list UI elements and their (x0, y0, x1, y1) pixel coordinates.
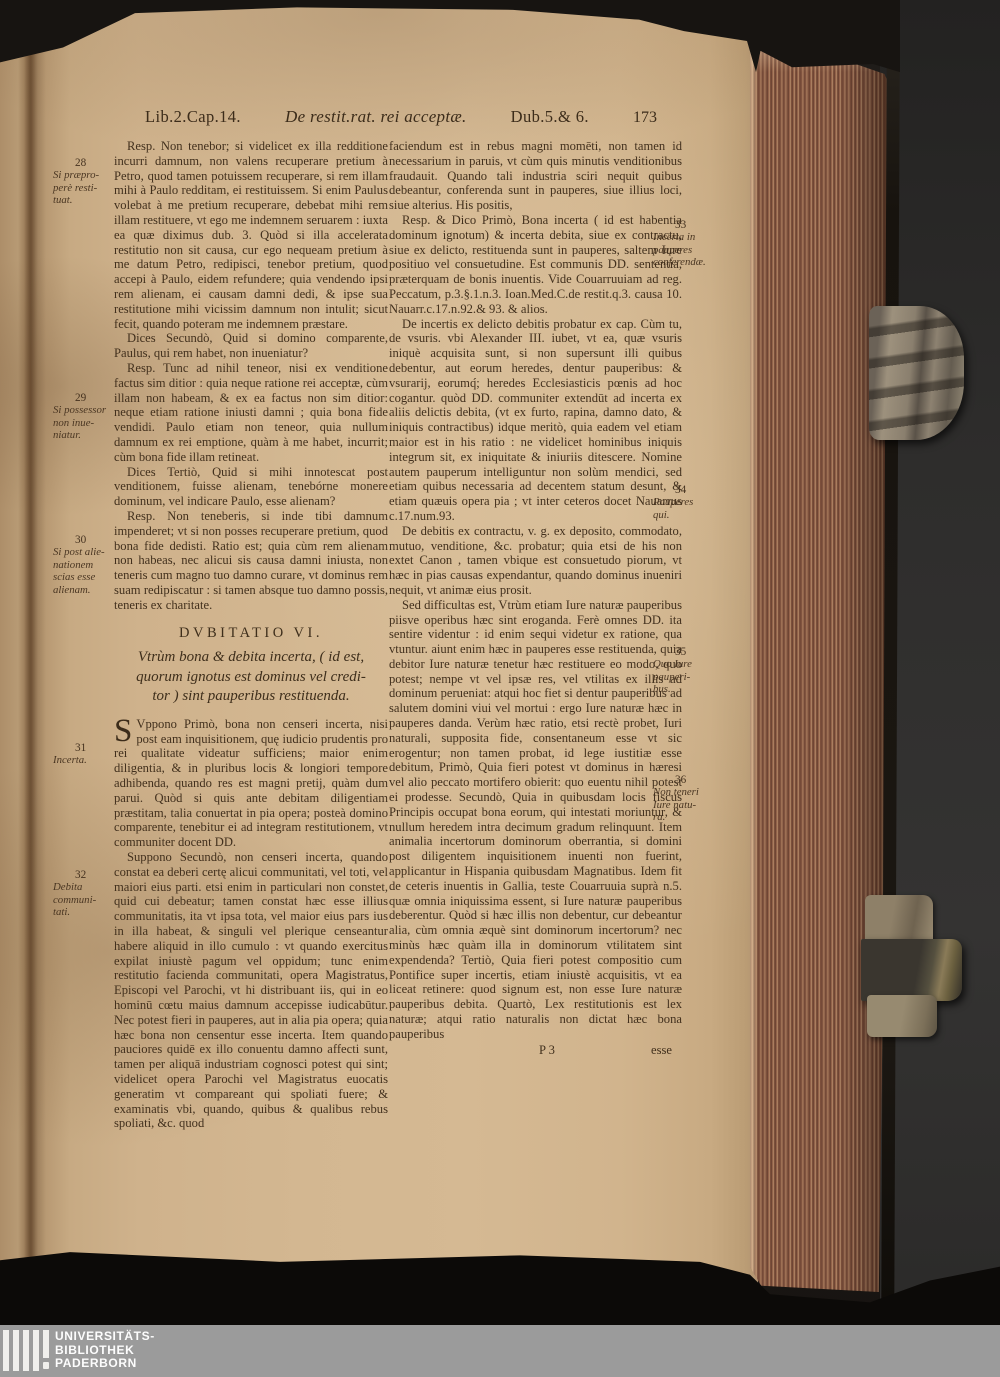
page-gutter-shadow (24, 0, 50, 1286)
book-page: Lib.2.Cap.14. De restit.rat. rei acceptæ… (0, 0, 758, 1286)
logo-bar (33, 1330, 39, 1371)
margin-note-label: Debita communi- tati. (53, 881, 96, 918)
text-column-left: Resp. Non tenebor; si videlicet ex illa … (114, 139, 388, 1131)
margin-note-label: Si præpro- perè resti- tuat. (53, 169, 99, 206)
book-clasp (861, 895, 962, 1037)
bookmark-tab (869, 306, 964, 440)
header-dubitatio: Dub.5.& 6. (511, 107, 589, 127)
margin-note: 30Si post alie- nationem scias esse alie… (53, 521, 111, 597)
paragraph: Dices Tertiò, Quid si mihi innotescat po… (114, 465, 388, 509)
paragraph: SVppono Primò, bona non censeri incerta,… (114, 717, 388, 850)
margin-note: 29Si possessor non inue- niatur. (53, 379, 111, 442)
library-name-line: UNIVERSITÄTS- (55, 1330, 155, 1344)
book-fore-edge (750, 44, 890, 1292)
paragraph: Resp. Non teneberis, si inde tibi damnum… (114, 509, 388, 613)
paragraph: De incertis ex delicto debitis probatur … (389, 317, 682, 524)
paragraph: Sed difficultas est, Vtrùm etiam Iure na… (389, 598, 682, 1042)
header-title: De restit.rat. rei acceptæ. (285, 107, 467, 127)
library-name-line: BIBLIOTHEK (55, 1344, 155, 1358)
paragraph: Resp. & Dico Primò, Bona incerta ( id es… (389, 213, 682, 317)
margin-note: 32Debita communi- tati. (53, 856, 111, 919)
margin-note-number: 30 (53, 534, 111, 547)
paragraph: De debitis ex contractu, v. g. ex deposi… (389, 524, 682, 598)
paragraph-text: Vppono Primò, bona non censeri incerta, … (114, 717, 388, 849)
signature-line: P 3 esse (389, 1042, 682, 1058)
logo-exclamation-bar (43, 1330, 49, 1369)
margin-note-number: 31 (53, 742, 111, 755)
running-header: Lib.2.Cap.14. De restit.rat. rei acceptæ… (145, 107, 657, 127)
drop-cap: S (114, 717, 136, 745)
header-book-chapter: Lib.2.Cap.14. (145, 107, 241, 127)
catchword: esse (651, 1043, 672, 1058)
page-number: 173 (633, 109, 657, 127)
paragraph: Suppono Secundò, non censeri incerta, qu… (114, 850, 388, 1131)
clasp-metal (861, 939, 962, 1001)
margin-note-label: Incerta. (53, 754, 87, 766)
margin-note: 28Si præpro- perè resti- tuat. (53, 144, 111, 207)
text-column-right: faciendum est in rebus magni momēti, non… (389, 139, 682, 1057)
margin-note-number: 29 (53, 392, 111, 405)
paragraph: Dices Secundò, Quid si domino comparente… (114, 331, 388, 361)
logo-bar (13, 1330, 19, 1371)
library-banner: UNIVERSITÄTS- BIBLIOTHEK PADERBORN (0, 1325, 1000, 1377)
paragraph: Resp. Non tenebor; si videlicet ex illa … (114, 139, 388, 331)
margin-note: 31Incerta. (53, 729, 111, 767)
paragraph: faciendum est in rebus magni momēti, non… (389, 139, 682, 213)
section-heading: DVBITATIO VI. (114, 626, 388, 641)
library-name-line: PADERBORN (55, 1357, 155, 1371)
margin-note-number: 32 (53, 869, 111, 882)
section-subheading: Vtrùm bona & debita incerta, ( id est, q… (114, 648, 388, 707)
signature-mark: P 3 (539, 1043, 555, 1058)
margin-note-label: Si post alie- nationem scias esse aliena… (53, 546, 105, 596)
book-scan-stage: Lib.2.Cap.14. De restit.rat. rei acceptæ… (0, 0, 1000, 1377)
logo-bar (3, 1330, 9, 1371)
margin-note-label: Si possessor non inue- niatur. (53, 404, 106, 441)
paragraph: Resp. Tunc ad nihil teneor, nisi ex vend… (114, 361, 388, 465)
clasp-leather-bottom (867, 995, 937, 1037)
library-name: UNIVERSITÄTS- BIBLIOTHEK PADERBORN (55, 1330, 155, 1371)
paderborn-logo-bars-icon (3, 1330, 49, 1372)
margin-note-number: 28 (53, 157, 111, 170)
logo-bar (23, 1330, 29, 1371)
